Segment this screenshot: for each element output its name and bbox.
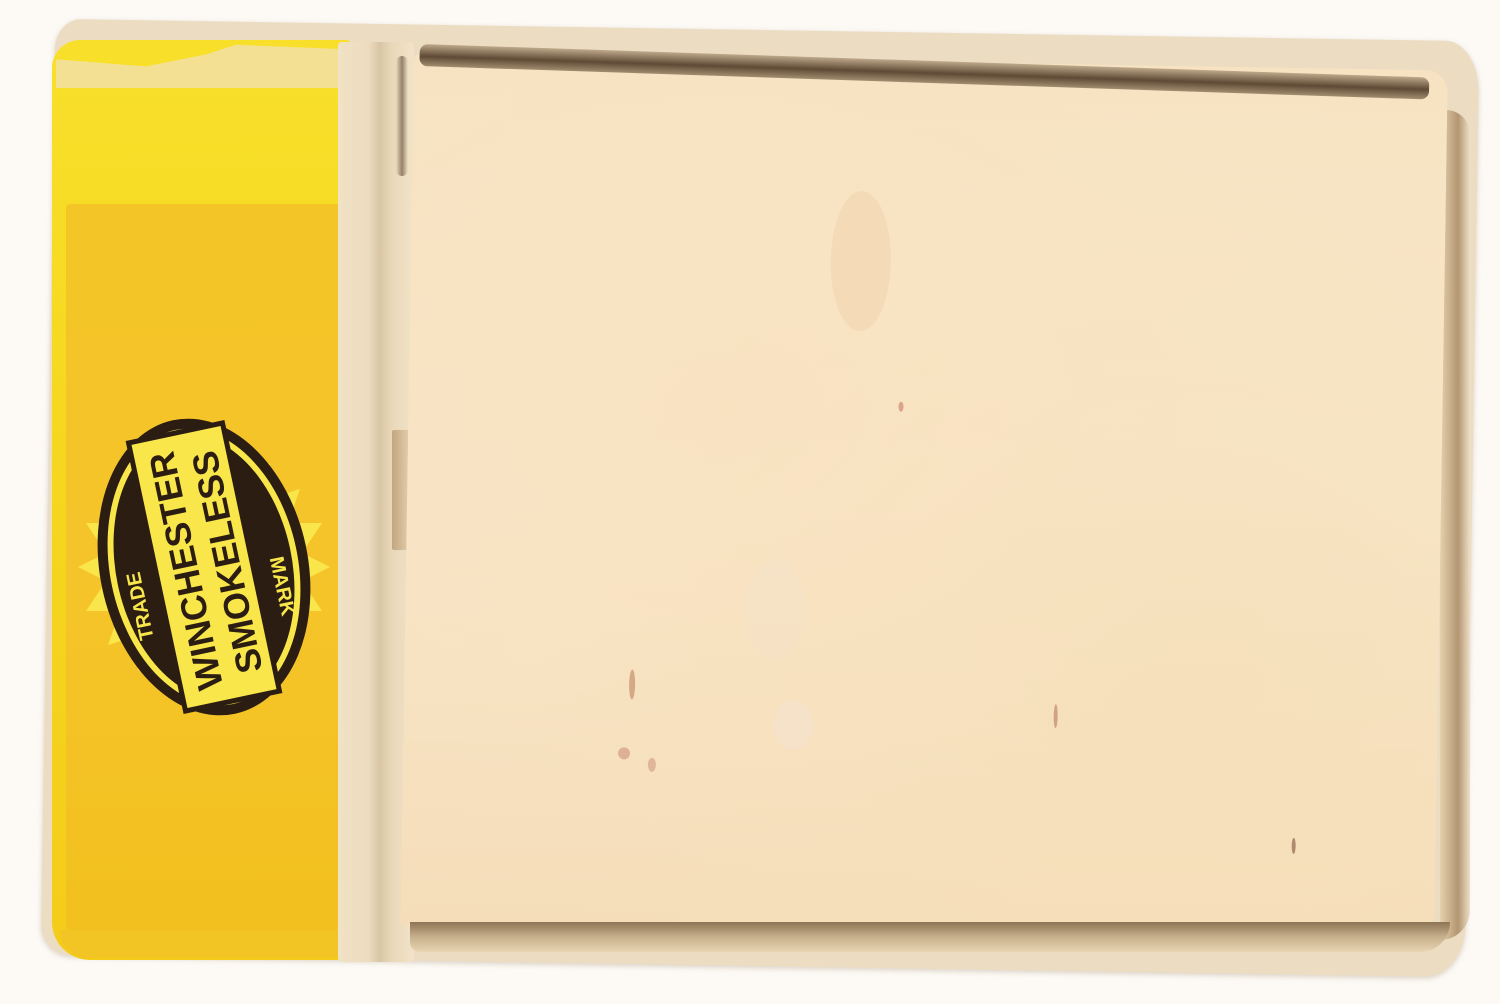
ammunition-box: WINCHESTER SMOKELESS TRADE MARK — [0, 0, 1500, 1004]
box-bottom-lip — [410, 922, 1450, 952]
winchester-trademark-logo: WINCHESTER SMOKELESS TRADE MARK — [78, 392, 330, 742]
ink-mark — [648, 758, 656, 772]
seam-shadow — [396, 56, 408, 176]
box-top-panel — [400, 54, 1448, 942]
stain — [830, 191, 892, 332]
stain — [773, 700, 814, 751]
ink-mark — [898, 402, 903, 412]
ink-mark — [618, 747, 630, 759]
ink-mark — [1292, 838, 1296, 854]
stain — [745, 559, 807, 660]
end-flap-bottom — [60, 930, 350, 958]
ink-mark — [1053, 704, 1057, 728]
ink-mark — [629, 669, 635, 699]
